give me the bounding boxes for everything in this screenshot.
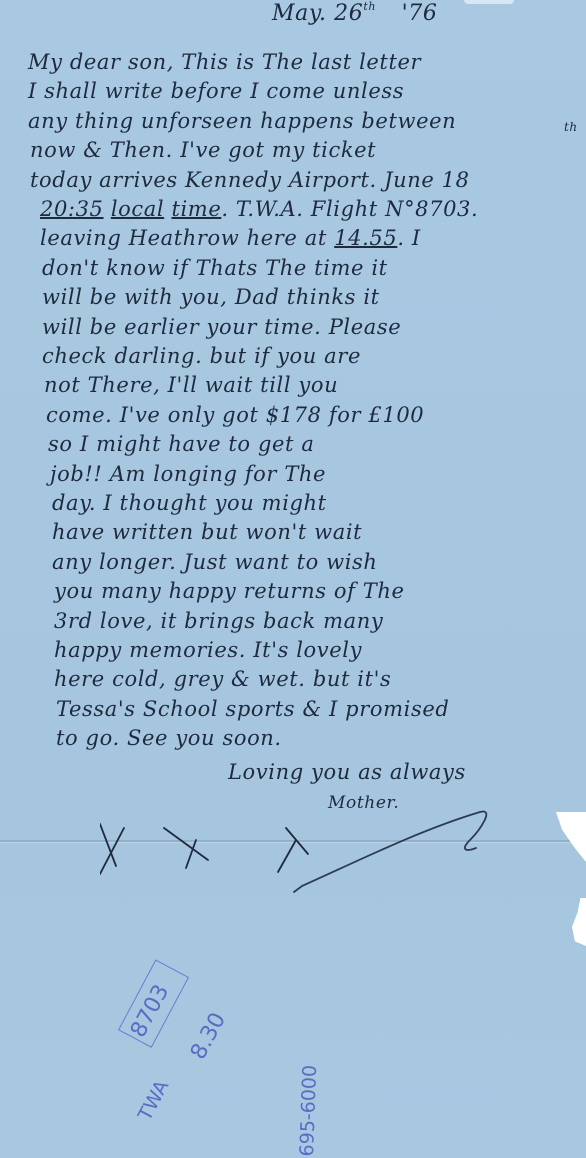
margin-note: th [564,120,578,134]
letter-line: don't know if Thats The time it [42,256,388,280]
letter-line: Tessa's School sports & I promised [56,697,449,721]
letter-line: will be with you, Dad thinks it [42,285,380,309]
date-month-day: May. 26 [272,1,363,26]
letter-date: May. 26th '76 [272,0,438,26]
letter-line: check darling. but if you are [42,344,361,368]
torn-edge [572,898,586,946]
letter-line: day. I thought you might [52,491,327,515]
letter-line: 3rd love, it brings back many [54,609,383,633]
letter-line: today arrives Kennedy Airport. June 18 [30,168,470,192]
letter-line: now & Then. I've got my ticket [30,138,376,162]
letter-line: have written but won't wait [52,520,362,544]
letter-line: any thing unforseen happens between [28,109,456,133]
torn-edge [556,812,586,862]
letter-line: any longer. Just want to wish [52,550,378,574]
flight-number-text: . T.W.A. Flight N°8703. [221,197,478,221]
phone-annotation: 695-6000 [296,1065,321,1157]
letter-closing: Loving you as always [228,760,466,784]
letter-paper: May. 26th '76 th My dear son, This is Th… [0,0,586,1158]
letter-line: job!! Am longing for The [50,462,326,486]
letter-line: so I might have to get a [48,432,314,456]
letter-line: My dear son, This is The last letter [28,50,421,74]
letter-line: here cold, grey & wet. but it's [54,667,391,691]
letter-line: you many happy returns of The [54,579,405,603]
date-year: '76 [402,1,438,26]
departure-time: 14.55 [334,226,397,250]
letter-line: I shall write before I come unless [28,79,404,103]
letter-line-departure: leaving Heathrow here at 14.55. I [40,226,421,250]
paper-notch [464,0,514,4]
letter-line: happy memories. It's lovely [54,638,362,662]
signature-flourish-icon [280,800,520,900]
letter-line: come. I've only got $178 for £100 [46,403,424,427]
letter-line: will be earlier your time. Please [42,315,401,339]
letter-line: not There, I'll wait till you [44,373,338,397]
arrival-time: 20:35 [40,197,104,221]
letter-line-flight-details: 20:35 local time. T.W.A. Flight N°8703. [40,197,478,221]
date-suffix: th [363,0,376,13]
letter-line: to go. See you soon. [56,726,282,750]
